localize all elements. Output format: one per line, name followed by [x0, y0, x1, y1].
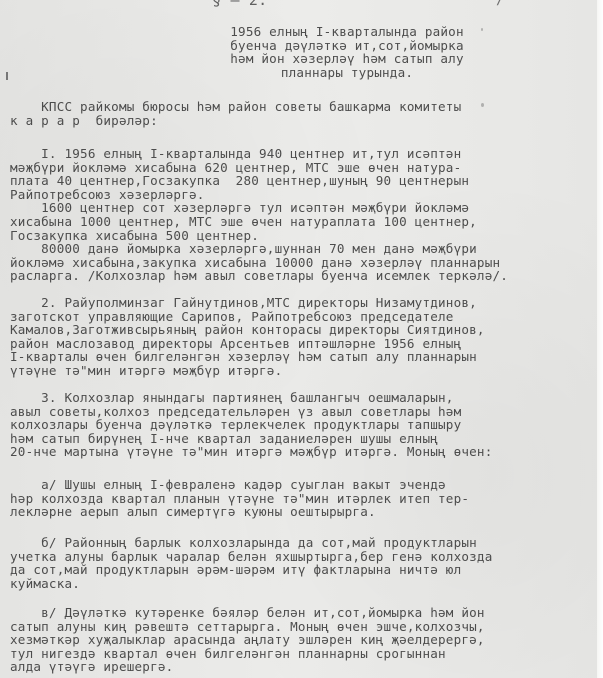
text-line: учетка алуны барлык чаралар белән яхшырт…	[10, 550, 493, 564]
text-line: 3. Колхозлар янындагы партиянең башлангы…	[10, 391, 493, 405]
text-line: үтәүне тә"мин итәргә мәҗбүр итәргә.	[10, 364, 485, 378]
text-line: хисабына 1000 центнер, МТС эше өчен нату…	[10, 215, 508, 229]
title-line: 1956 елның I-кварталында район	[212, 25, 482, 39]
text-line: Камалов,Заготживсырьяның район конторасы…	[10, 323, 485, 337]
text-line: I-кварталы өчен билгеләнгән хәзерләү һәм…	[10, 350, 485, 364]
text-line: Госзакупка хисабына 500 центнер.	[10, 229, 508, 243]
paragraph-1: I. 1956 елның I-кварталында 940 центнер …	[10, 147, 508, 283]
text-line: мәҗбүри йокләмә хисабына 620 центнер, МТ…	[10, 161, 508, 175]
page-edge	[597, 0, 603, 678]
text-line: 80000 данә йомырка хәзерләргә,шуннан 70 …	[10, 242, 508, 256]
title-line: планнары турында.	[212, 66, 482, 80]
text-line: сатып алуны киң рәвештә сеттарырга. Моны…	[10, 620, 485, 634]
paragraph-3: 3. Колхозлар янындагы партиянең башлангы…	[10, 391, 493, 459]
item-v: в/ Дәүләткә кутәренке бәяләр белән ит,со…	[10, 606, 485, 674]
margin-mark	[6, 72, 8, 80]
text-line: Райпотребсоюз хәзерләргә.	[10, 188, 508, 202]
text-line: һәр колхозда квартал планын үтәүне тә"ми…	[10, 492, 469, 506]
text-line: в/ Дәүләткә кутәренке бәяләр белән ит,со…	[10, 606, 485, 620]
text-line: КПСС райкомы бюросы һәм район советы баш…	[10, 100, 461, 114]
text-line: лекләрне аерып алып симертүгә куюны оешт…	[10, 505, 469, 519]
text-line: плата 40 центнер,Госзакупка 280 центнер,…	[10, 174, 508, 188]
scanned-document-page: § – 2. / 1956 елның I-кварталында район …	[0, 0, 603, 678]
paragraph-2: 2. Райуполминзаг Гайнутдинов,МТС директо…	[10, 296, 485, 378]
text-line: 20-нче мартына үтәүне тә"мин итәргә мәҗб…	[10, 445, 493, 459]
title-line: һәм йон хәзерләү һәм сатып алу	[212, 52, 482, 66]
text-line: тул нигездә квартал өчен билгеләнгән пла…	[10, 647, 485, 661]
text-line: 2. Райуполминзаг Гайнутдинов,МТС директо…	[10, 296, 485, 310]
text-line: һәм сатып бирүнең I-нче квартал заданиел…	[10, 432, 493, 446]
title-line: буенча дәүләткә ит,сот,йомырка	[212, 39, 482, 53]
item-b: б/ Районның барлык колхозларында да сот,…	[10, 536, 493, 590]
text-line: район маслозавод директоры Арсентьев ипт…	[10, 337, 485, 351]
text-line: 1600 центнер сот хәзерләргә тул исәптән …	[10, 201, 508, 215]
document-title: 1956 елның I-кварталында район буенча дә…	[212, 25, 482, 79]
text-line: расларга. /Колхозлар һәм авыл советлары …	[10, 269, 508, 283]
text-line: I. 1956 елның I-кварталында 940 центнер …	[10, 147, 508, 161]
corner-mark: /	[496, 0, 505, 8]
ink-speck	[481, 103, 484, 107]
text-line: куймаска.	[10, 577, 493, 591]
text-line: алда үтәүгә ирешергә.	[10, 660, 485, 674]
text-line: а/ Шушы елның I-февраленә кадәр суыглан …	[10, 478, 469, 492]
text-line: авыл советы,колхоз председательләрен үз …	[10, 405, 493, 419]
section-number: § – 2.	[212, 0, 267, 8]
item-a: а/ Шушы елның I-февраленә кадәр суыглан …	[10, 478, 469, 519]
text-line: да сот,май продуктларын әрәм-шәрәм итү ф…	[10, 563, 493, 577]
text-line: б/ Районның барлык колхозларында да сот,…	[10, 536, 493, 550]
text-line: хезмәткәр хуҗалыклар арасында аңлату эшл…	[10, 633, 485, 647]
text-line: йокләмә хисабына,закупка хисабына 10000 …	[10, 256, 508, 270]
text-line: колхозлары буенча дәүләткә терлекчелек п…	[10, 418, 493, 432]
preamble: КПСС райкомы бюросы һәм район советы баш…	[10, 100, 461, 127]
text-line: заготскот управляющие Сарипов, Райпотреб…	[10, 310, 485, 324]
text-line: к а р а р бирәләр:	[10, 114, 461, 128]
